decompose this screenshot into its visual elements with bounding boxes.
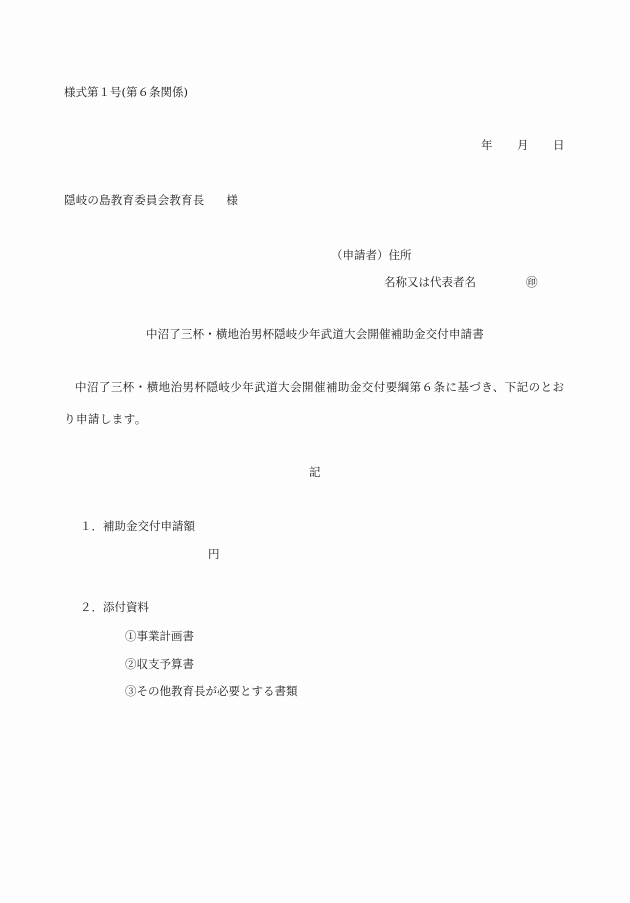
body-text-line-1: 中沼了三杯・横地治男杯隠岐少年武道大会開催補助金交付要綱第６条に基づき、下記のと… [64, 382, 565, 394]
attachment-item: ③その他教育長が必要とする書類 [125, 686, 298, 698]
body-text-line-2: り申請します。 [64, 414, 147, 426]
item-1-amount-unit: 円 [208, 549, 220, 561]
applicant-address-label: （申請者）住所 [331, 250, 412, 262]
seal-icon: ㊞ [526, 277, 538, 289]
attachment-item: ②収支予算書 [125, 659, 194, 671]
date-year-label: 年 [481, 140, 493, 152]
form-number: 様式第１号(第６条関係) [64, 87, 188, 99]
date-day-label: 日 [553, 140, 565, 152]
addressee: 隠岐の島教育委員会教育長様 [64, 195, 238, 207]
item-2-heading: ２．添付資料 [80, 602, 149, 614]
ki-heading: 記 [309, 467, 321, 479]
body-text-line-1-content: 中沼了三杯・横地治男杯隠岐少年武道大会開催補助金交付要綱第６条に基づき、下記のと… [75, 380, 565, 394]
date-month-label: 月 [517, 140, 529, 152]
attachment-item: ①事業計画書 [125, 631, 194, 643]
applicant-name-label: 名称又は代表者名 [384, 277, 476, 289]
item-1-heading: １．補助金交付申請額 [80, 521, 195, 533]
addressee-name: 隠岐の島教育委員会教育長 [64, 193, 204, 207]
document-title: 中沼了三杯・横地治男杯隠岐少年武道大会開催補助金交付申請書 [146, 329, 484, 341]
addressee-honorific: 様 [226, 193, 238, 207]
